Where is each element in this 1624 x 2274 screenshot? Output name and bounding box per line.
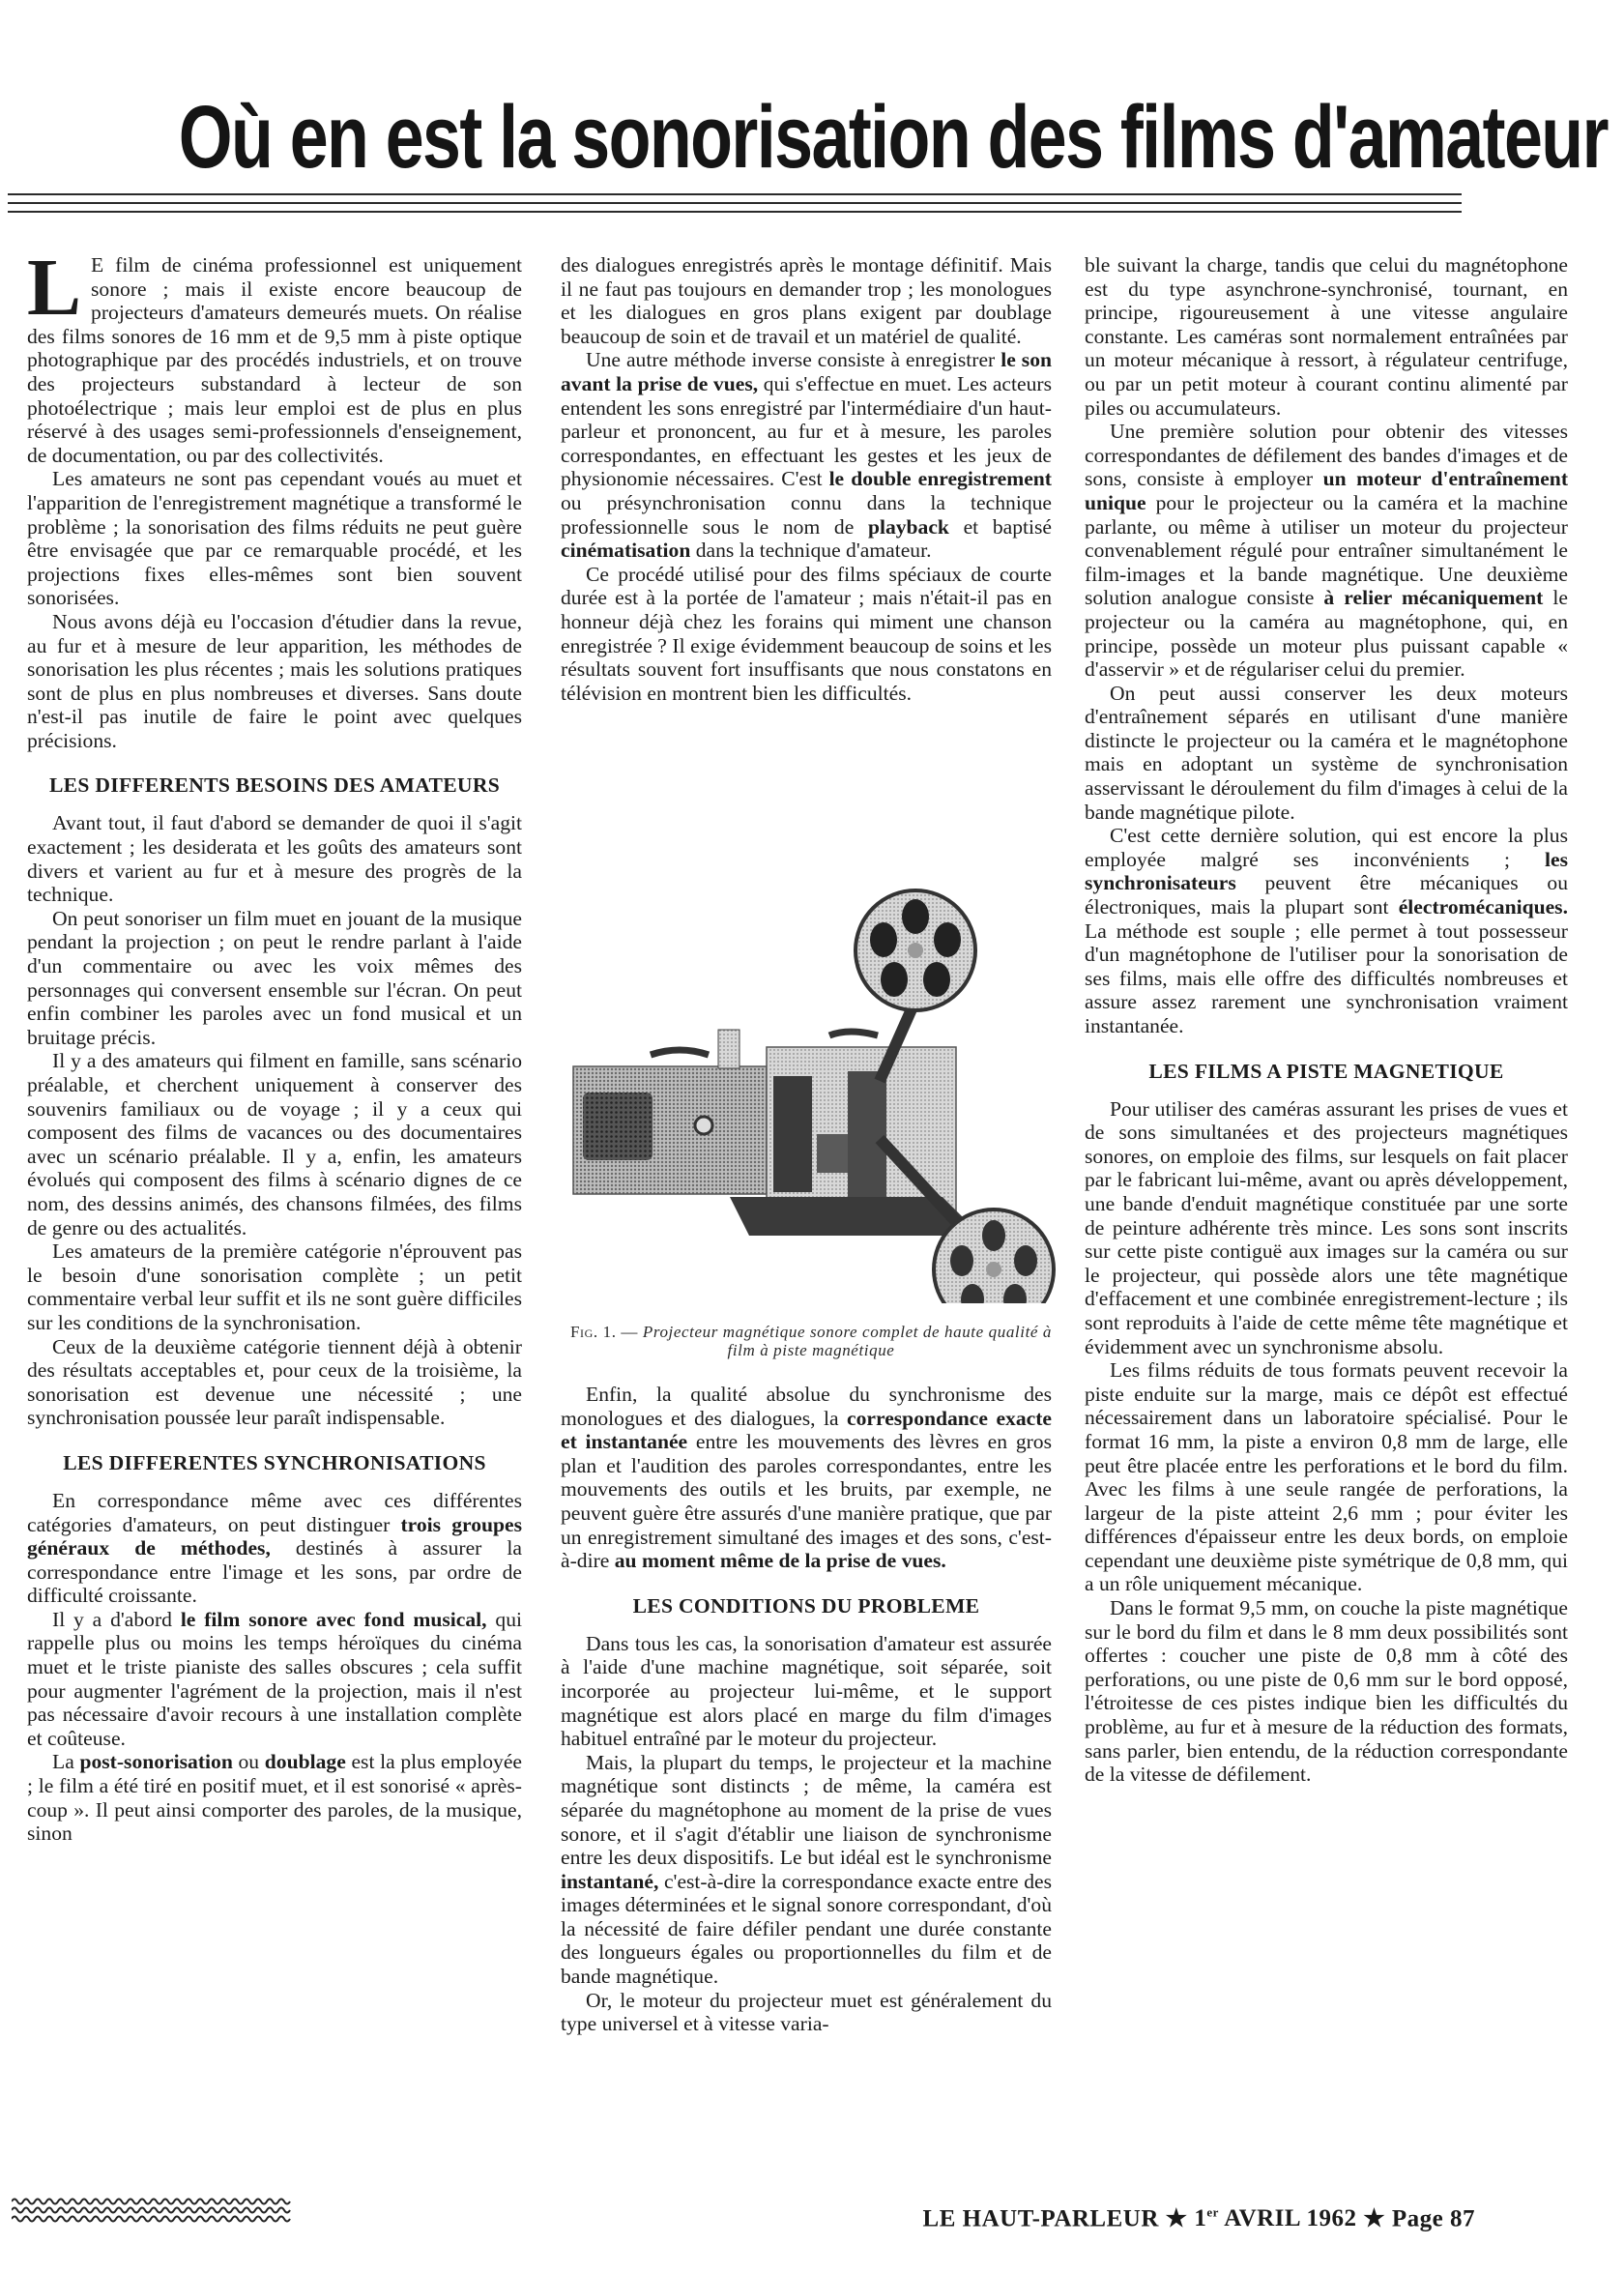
paragraph: ble suivant la charge, tandis que celui …	[1085, 253, 1568, 420]
bold-phrase: à relier mécaniquement	[1323, 586, 1543, 609]
paragraph: Une première solution pour obtenir des v…	[1085, 420, 1568, 682]
paragraph: Enfin, la qualité absolue du synchronism…	[561, 1383, 1052, 1573]
text-run: Avant tout, il faut d'abord se demander …	[27, 811, 522, 906]
text-run: Dans tous les cas, la sonorisation d'ama…	[561, 1632, 1052, 1750]
text-run: On peut aussi conserver les deux moteurs…	[1085, 682, 1568, 824]
figure-label: Fig. 1. —	[570, 1323, 638, 1341]
paragraph: des dialogues enregistrés après le monta…	[561, 253, 1052, 348]
bold-phrase: instantané,	[561, 1870, 658, 1893]
column-2-after-figure: Enfin, la qualité absolue du synchronism…	[561, 1383, 1052, 2036]
paragraph: Les amateurs de la première catégorie n'…	[27, 1239, 522, 1334]
publication-name: LE HAUT-PARLEUR	[923, 2205, 1159, 2231]
text-run: Il y a des amateurs qui filment en famil…	[27, 1049, 522, 1239]
text-run: Il y a d'abord	[52, 1608, 181, 1631]
paragraph: Les amateurs ne sont pas cependant voués…	[27, 467, 522, 610]
film-projector-photo	[556, 878, 1058, 1303]
text-run: Les amateurs de la première catégorie n'…	[27, 1239, 522, 1334]
footer-meta: LE HAUT-PARLEUR ★ 1er AVRIL 1962 ★ Page …	[304, 2197, 1475, 2235]
text-run: Pour utiliser des caméras assurant les p…	[1085, 1097, 1568, 1358]
text-run: Nous avons déjà eu l'occasion d'étudier …	[27, 610, 522, 752]
text-run: Ceux de la deuxième catégorie tiennent d…	[27, 1335, 522, 1430]
bold-phrase: playback	[868, 515, 949, 539]
text-run: ble suivant la charge, tandis que celui …	[1085, 253, 1568, 420]
figure-caption-text: Projecteur magnétique sonore complet de …	[643, 1323, 1052, 1359]
text-run: Ce procédé utilisé pour des films spécia…	[561, 563, 1052, 705]
title-rules	[8, 193, 1462, 219]
section-heading: LES FILMS A PISTE MAGNETIQUE	[1085, 1060, 1568, 1084]
bold-phrase: le double enregistrement	[829, 467, 1052, 490]
text-run: La	[52, 1750, 79, 1773]
page-number: Page 87	[1392, 2205, 1475, 2231]
star-separator-icon: ★	[1166, 2205, 1188, 2231]
paragraph: On peut sonoriser un film muet en jouant…	[27, 907, 522, 1050]
issue-date: 1er AVRIL 1962	[1194, 2205, 1356, 2231]
text-run: Or, le moteur du projecteur muet est gén…	[561, 1989, 1052, 2036]
paragraph: On peut aussi conserver les deux moteurs…	[1085, 682, 1568, 825]
column-3: ble suivant la charge, tandis que celui …	[1085, 253, 1568, 1787]
paragraph: Mais, la plupart du temps, le projecteur…	[561, 1751, 1052, 1989]
paragraph: La post-sonorisation ou doublage est la …	[27, 1750, 522, 1845]
figure-projector	[556, 878, 1058, 1332]
text-run: dans la technique d'amateur.	[690, 539, 931, 562]
bold-phrase: cinématisation	[561, 539, 690, 562]
text-run: des dialogues enregistrés après le monta…	[561, 253, 1052, 348]
bold-phrase: le film sonore avec fond musical,	[181, 1608, 487, 1631]
text-run: La méthode est souple ; elle permet à to…	[1085, 919, 1568, 1037]
paragraph: Il y a d'abord le film sonore avec fond …	[27, 1608, 522, 1751]
paragraph: Dans le format 9,5 mm, on couche la pist…	[1085, 1596, 1568, 1787]
text-run: ou	[233, 1750, 265, 1773]
section-heading: LES DIFFERENTS BESOINS DES AMATEURS	[27, 773, 522, 798]
paragraph: Ceux de la deuxième catégorie tiennent d…	[27, 1335, 522, 1430]
bold-phrase: électromécaniques.	[1399, 895, 1568, 918]
wavy-rule-ornament	[12, 2197, 292, 2230]
text-run: E film de cinéma professionnel est uniqu…	[27, 253, 522, 467]
text-run: Mais, la plupart du temps, le projecteur…	[561, 1751, 1052, 1869]
bold-phrase: post-sonorisation	[79, 1750, 232, 1773]
star-separator-icon: ★	[1363, 2205, 1385, 2231]
paragraph: Ce procédé utilisé pour des films spécia…	[561, 563, 1052, 706]
column-2: des dialogues enregistrés après le monta…	[561, 253, 1052, 705]
paragraph: Or, le moteur du projecteur muet est gén…	[561, 1989, 1052, 2036]
column-1: LE film de cinéma professionnel est uniq…	[27, 253, 522, 1846]
paragraph: C'est cette dernière solution, qui est e…	[1085, 824, 1568, 1037]
drop-cap: L	[27, 255, 81, 321]
page-footer: LE HAUT-PARLEUR ★ 1er AVRIL 1962 ★ Page …	[8, 2195, 1612, 2233]
paragraph: Nous avons déjà eu l'occasion d'étudier …	[27, 610, 522, 753]
text-run: Une autre méthode inverse consiste à enr…	[586, 348, 1000, 371]
paragraph: Une autre méthode inverse consiste à enr…	[561, 348, 1052, 562]
bold-phrase: doublage	[265, 1750, 346, 1773]
paragraph: Dans tous les cas, la sonorisation d'ama…	[561, 1632, 1052, 1751]
text-run: Dans le format 9,5 mm, on couche la pist…	[1085, 1596, 1568, 1786]
text-run: Les films réduits de tous formats peuven…	[1085, 1358, 1568, 1595]
text-run: C'est cette dernière solution, qui est e…	[1085, 824, 1568, 871]
section-heading: LES DIFFERENTES SYNCHRONISATIONS	[27, 1451, 522, 1475]
paragraph: Pour utiliser des caméras assurant les p…	[1085, 1097, 1568, 1359]
section-heading: LES CONDITIONS DU PROBLEME	[561, 1594, 1052, 1618]
paragraph: Avant tout, il faut d'abord se demander …	[27, 811, 522, 906]
figure-caption: Fig. 1. — Projecteur magnétique sonore c…	[565, 1323, 1058, 1359]
paragraph: En correspondance même avec ces différen…	[27, 1489, 522, 1608]
article-title: Où en est la sonorisation des films d'am…	[179, 89, 1445, 186]
lead-paragraph: LE film de cinéma professionnel est uniq…	[27, 253, 522, 467]
paragraph: Il y a des amateurs qui filment en famil…	[27, 1049, 522, 1239]
bold-phrase: au moment même de la prise de vues.	[615, 1549, 946, 1572]
text-run: Les amateurs ne sont pas cependant voués…	[27, 467, 522, 609]
text-run: et baptisé	[949, 515, 1052, 539]
text-run: On peut sonoriser un film muet en jouant…	[27, 907, 522, 1049]
paragraph: Les films réduits de tous formats peuven…	[1085, 1358, 1568, 1596]
